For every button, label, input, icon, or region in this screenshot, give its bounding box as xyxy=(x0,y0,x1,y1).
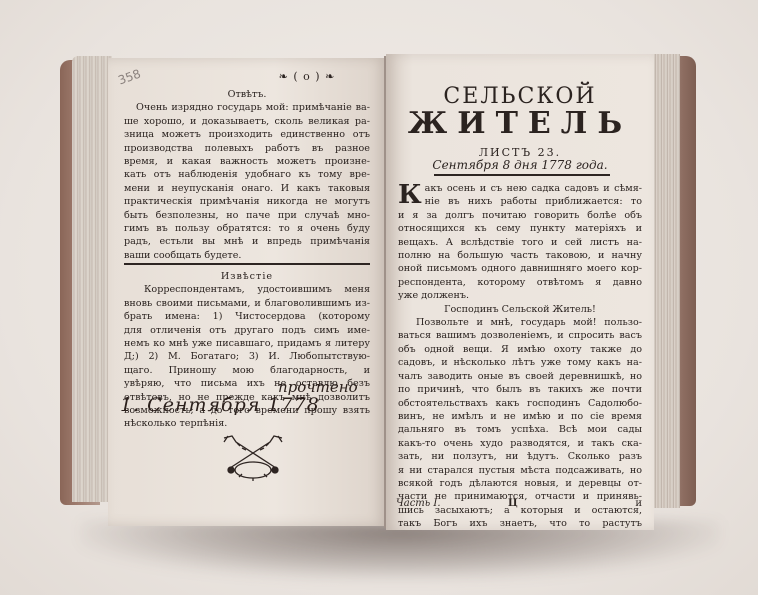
text-line: ніе въ нихъ работы приближается: то xyxy=(398,195,642,208)
signature-mark: Ц xyxy=(508,498,518,509)
text-line: Очень изрядно государь мой: примѣчаніе в… xyxy=(124,101,370,114)
text-line: зница можетъ произходить единственно отъ xyxy=(124,128,370,141)
text-line: винъ, не имѣлъ и не имѣю и по сіе время xyxy=(398,410,642,423)
notice-heading: Извѣстіе xyxy=(124,270,370,283)
text-line: вновь своими письмами, и благоволившимъ … xyxy=(124,297,370,310)
text-line: для отличенія отъ другаго подъ симъ име- xyxy=(124,324,370,337)
left-page-edges xyxy=(72,56,112,502)
masthead-rule xyxy=(434,174,610,176)
text-line: всякой годъ дѣлаются новыя, и деревцы от… xyxy=(398,477,642,490)
handwritten-note-date: 1. Сентября 1778 xyxy=(120,394,320,416)
letter-salutation: Господинъ Сельской Житель! xyxy=(398,303,642,316)
crossed-branches-ornament-icon xyxy=(218,432,288,482)
text-line: щаго. Приношу мою благодарность, и xyxy=(124,364,370,377)
intro-section: К акъ осень и съ нею садка садовъ и сѣмя… xyxy=(398,182,642,530)
text-line: объ одной вещи. Я имѣю охоту также до xyxy=(398,343,642,356)
left-page: 358 ❧ ( о ) ❧ Отвѣтъ. Очень изрядно госу… xyxy=(108,58,386,526)
text-line: обстоятельствахъ какъ господинъ Садолюбо… xyxy=(398,397,642,410)
text-line: садовъ, и нѣсколько лѣтъ уже тому какъ н… xyxy=(398,356,642,369)
text-line: акъ осень и съ нею садка садовъ и сѣмя- xyxy=(398,182,642,195)
text-line: Корреспондентамъ, удостоившимъ меня xyxy=(124,283,370,296)
right-page: СЕЛЬСКОЙ ЖИТЕЛЬ ЛИСТЪ 23. Сентября 8 дня… xyxy=(386,54,654,530)
text-line: немъ ко мнѣ уже писавшаго, придамъ я лит… xyxy=(124,337,370,350)
text-line: нѣсколько терпѣнія. xyxy=(124,417,370,430)
text-line: относящихся къ сему пункту матеріяхъ и xyxy=(398,222,642,235)
text-line: вещахъ. А вслѣдствіе того и сей листъ на… xyxy=(398,236,642,249)
text-line: мени и неупусканія онаго. И какъ таковыя xyxy=(124,182,370,195)
text-line: ваши сообщать будете. xyxy=(124,249,370,262)
text-line: респондента, которому отвѣтомъ я давно xyxy=(398,276,642,289)
masthead-title-line2: ЖИТЕЛЬ xyxy=(386,106,654,141)
catchword: и xyxy=(635,498,642,509)
volume-part-label: Часть I. xyxy=(396,498,441,509)
text-line: я ни старался пустыя мѣста подсаживать, … xyxy=(398,464,642,477)
reply-section: Отвѣтъ. Очень изрядно государь мой: прим… xyxy=(124,88,370,262)
text-line: производства полевыхъ работъ въ разное xyxy=(124,142,370,155)
text-line: кать отъ наблюденія удобнаго къ тому вре… xyxy=(124,168,370,181)
text-line: такъ Богъ ихъ знаетъ, что то растутъ xyxy=(398,517,642,530)
pencil-annotation: 358 xyxy=(116,67,142,88)
text-line: и я за долгъ почитаю говорить болѣе объ xyxy=(398,209,642,222)
text-line: уже долженъ. xyxy=(398,289,642,302)
text-line: Позвольте и мнѣ, государь мой! пользо- xyxy=(398,316,642,329)
text-line: оной письмомъ одного давнишняго моего ко… xyxy=(398,262,642,275)
section-divider xyxy=(124,263,370,265)
open-book: 358 ❧ ( о ) ❧ Отвѣтъ. Очень изрядно госу… xyxy=(0,0,758,595)
text-line: ше хорошо, и доказываетъ, сколь великая … xyxy=(124,115,370,128)
issue-date: Сентября 8 дня 1778 года. xyxy=(386,158,654,172)
text-line: практическія примѣчанія никогда не могут… xyxy=(124,195,370,208)
page-number: ❧ ( о ) ❧ xyxy=(228,70,386,83)
text-line: время, и какая важность можетъ произне- xyxy=(124,155,370,168)
right-page-edges xyxy=(650,54,680,508)
text-line: Д;) 2) М. Богатаго; 3) И. Любопытствую- xyxy=(124,350,370,363)
text-line: ваться вашимъ дозволеніемъ, и спросить в… xyxy=(398,329,642,342)
text-line: по причинѣ, что былъ въ такихъ же почти xyxy=(398,383,642,396)
drop-cap: К xyxy=(398,183,422,207)
text-line: чалъ заводить оные въ своей деревнишкѣ, … xyxy=(398,370,642,383)
text-line: полню на большую часть таковою, и начну xyxy=(398,249,642,262)
text-line: какъ-то очень худо разводятся, и такъ ск… xyxy=(398,437,642,450)
text-line: гимъ въ пользу обратятся: то я очень буд… xyxy=(124,222,370,235)
text-line: быть безполезны, но паче при случаѣ мно- xyxy=(124,209,370,222)
reply-heading: Отвѣтъ. xyxy=(124,88,370,101)
text-line: брать имена: 1) Чистосердова (которому xyxy=(124,310,370,323)
text-line: дальняго въ томъ успѣха. Всѣ мои сады xyxy=(398,423,642,436)
text-line: зать, ни ползутъ, ни ѣдутъ. Сколько разъ xyxy=(398,450,642,463)
text-line: радъ, естьли вы мнѣ и впредь примѣчанія xyxy=(124,235,370,248)
